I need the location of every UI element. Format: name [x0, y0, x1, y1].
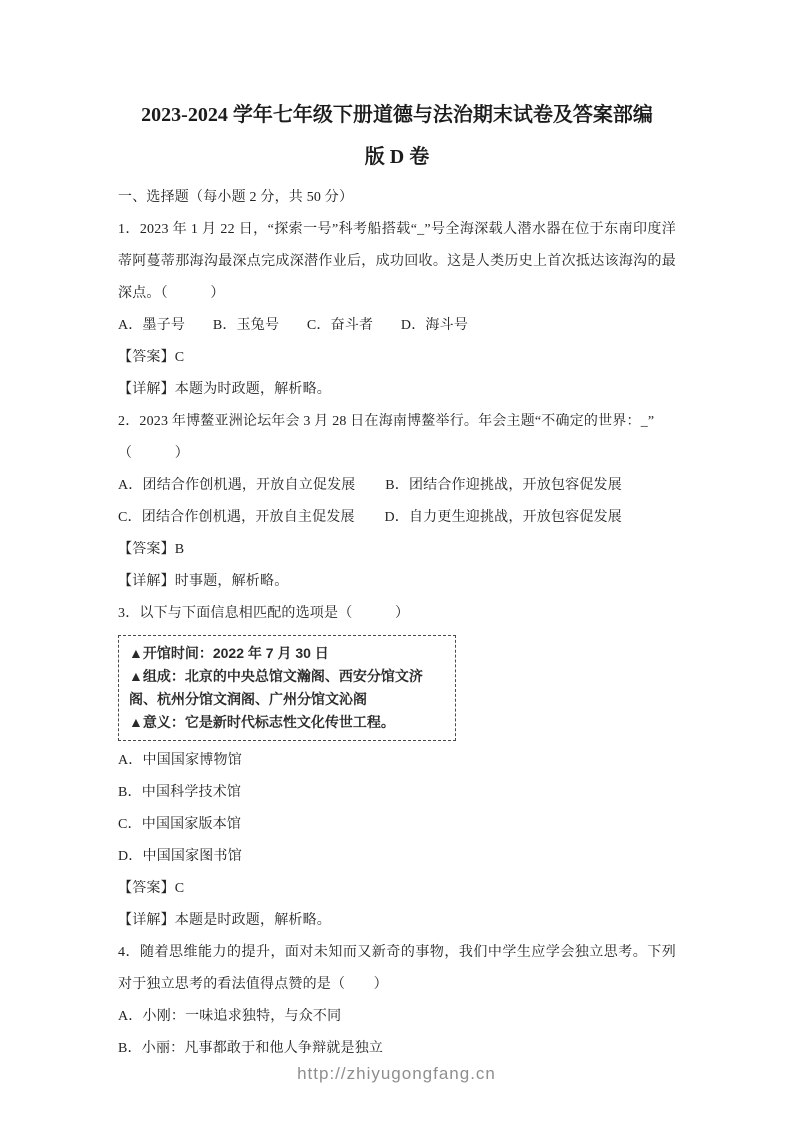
detail-line: 【详解】时事题，解析略。	[118, 566, 676, 598]
info-box: ▲开馆时间：2022 年 7 月 30 日 ▲组成：北京的中央总馆文瀚阁、西安分…	[118, 635, 456, 741]
question-1: 1．2023 年 1 月 22 日，“探索一号”科考船搭载“_”号全海深载人潜水…	[118, 214, 676, 406]
detail-line: 【详解】本题为时政题，解析略。	[118, 374, 676, 406]
option-c: C．中国国家版本馆	[118, 809, 676, 841]
option-c: C．奋斗者	[307, 318, 373, 333]
option-d: D．自力更生迎挑战，开放包容促发展	[384, 510, 622, 525]
exam-document-page: 2023-2024 学年七年级下册道德与法治期末试卷及答案部编 版 D 卷 一、…	[0, 0, 793, 1122]
section-heading: 一、选择题（每小题 2 分，共 50 分）	[118, 182, 676, 214]
option-a: A．墨子号	[118, 318, 185, 333]
title-line-2: 版 D 卷	[88, 136, 706, 178]
question-options-row: A．团结合作创机遇，开放自立促发展 B．团结合作迎挑战，开放包容促发展	[118, 470, 676, 502]
option-b: B．玉兔号	[213, 318, 279, 333]
question-options-row: C．团结合作创机遇，开放自主促发展 D．自力更生迎挑战，开放包容促发展	[118, 502, 676, 534]
option-b: B．中国科学技术馆	[118, 777, 676, 809]
answer-line: 【答案】C	[118, 342, 676, 374]
option-a: A．小刚：一味追求独特，与众不同	[118, 1001, 676, 1033]
info-box-line-opening: ▲开馆时间：2022 年 7 月 30 日	[129, 642, 445, 665]
question-4: 4．随着思维能力的提升，面对未知而又新奇的事物，我们中学生应学会独立思考。下列对…	[118, 937, 676, 1065]
option-d: D．中国国家图书馆	[118, 841, 676, 873]
question-options-row: A．墨子号 B．玉兔号 C．奋斗者 D．海斗号	[118, 310, 676, 342]
question-paren: （ ）	[118, 438, 676, 470]
question-text: 3．以下与下面信息相匹配的选项是（ ）	[118, 598, 676, 630]
footer-watermark: http://zhiyugongfang.cn	[0, 1064, 793, 1084]
document-body: 一、选择题（每小题 2 分，共 50 分） 1．2023 年 1 月 22 日，…	[118, 182, 676, 1065]
document-title: 2023-2024 学年七年级下册道德与法治期末试卷及答案部编 版 D 卷	[88, 94, 706, 178]
question-text: 4．随着思维能力的提升，面对未知而又新奇的事物，我们中学生应学会独立思考。下列对…	[118, 937, 676, 1001]
detail-line: 【详解】本题是时政题，解析略。	[118, 905, 676, 937]
option-a: A．中国国家博物馆	[118, 745, 676, 777]
answer-line: 【答案】B	[118, 534, 676, 566]
question-2: 2．2023 年博鳌亚洲论坛年会 3 月 28 日在海南博鳌举行。年会主题“不确…	[118, 406, 676, 598]
title-line-1: 2023-2024 学年七年级下册道德与法治期末试卷及答案部编	[88, 94, 706, 136]
option-a: A．团结合作创机遇，开放自立促发展	[118, 478, 356, 493]
option-b: B．团结合作迎挑战，开放包容促发展	[385, 478, 622, 493]
info-box-line-significance: ▲意义：它是新时代标志性文化传世工程。	[129, 711, 445, 734]
info-box-line-composition: ▲组成：北京的中央总馆文瀚阁、西安分馆文济阁、杭州分馆文润阁、广州分馆文沁阁	[129, 665, 445, 711]
option-d: D．海斗号	[401, 318, 468, 333]
answer-line: 【答案】C	[118, 873, 676, 905]
option-b: B．小丽：凡事都敢于和他人争辩就是独立	[118, 1033, 676, 1065]
question-text: 1．2023 年 1 月 22 日，“探索一号”科考船搭载“_”号全海深载人潜水…	[118, 214, 676, 310]
question-text: 2．2023 年博鳌亚洲论坛年会 3 月 28 日在海南博鳌举行。年会主题“不确…	[118, 406, 676, 438]
question-3: 3．以下与下面信息相匹配的选项是（ ） ▲开馆时间：2022 年 7 月 30 …	[118, 598, 676, 937]
option-c: C．团结合作创机遇，开放自主促发展	[118, 510, 355, 525]
